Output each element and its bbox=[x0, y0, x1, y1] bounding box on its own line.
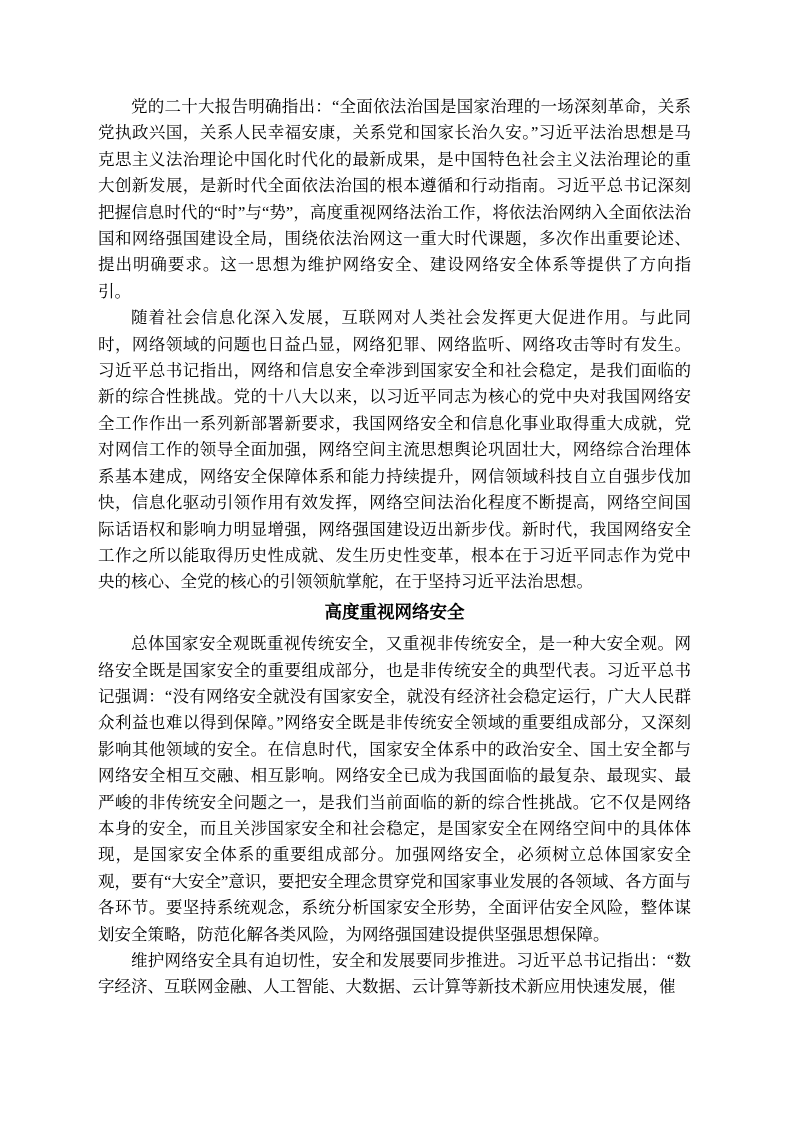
paragraph-overall-security-concept: 总体国家安全观既重视传统安全，又重视非传统安全，是一种大安全观。网络安全既是国家… bbox=[98, 631, 691, 948]
document-text-block: 党的二十大报告明确指出：“全面依法治国是国家治理的一场深刻革命，关系党执政兴国，… bbox=[98, 94, 691, 1001]
paragraph-informatization-development: 随着社会信息化深入发展，互联网对人类社会发挥更大促进作用。与此同时，网络领域的问… bbox=[98, 305, 691, 595]
section-heading-network-security: 高度重视网络安全 bbox=[98, 599, 691, 625]
document-page: 党的二十大报告明确指出：“全面依法治国是国家治理的一场深刻革命，关系党执政兴国，… bbox=[0, 0, 793, 1122]
paragraph-security-urgency: 维护网络安全具有迫切性，安全和发展要同步推进。习近平总书记指出：“数字经济、互联… bbox=[98, 948, 691, 1001]
paragraph-party-congress-report: 党的二十大报告明确指出：“全面依法治国是国家治理的一场深刻革命，关系党执政兴国，… bbox=[98, 94, 691, 305]
